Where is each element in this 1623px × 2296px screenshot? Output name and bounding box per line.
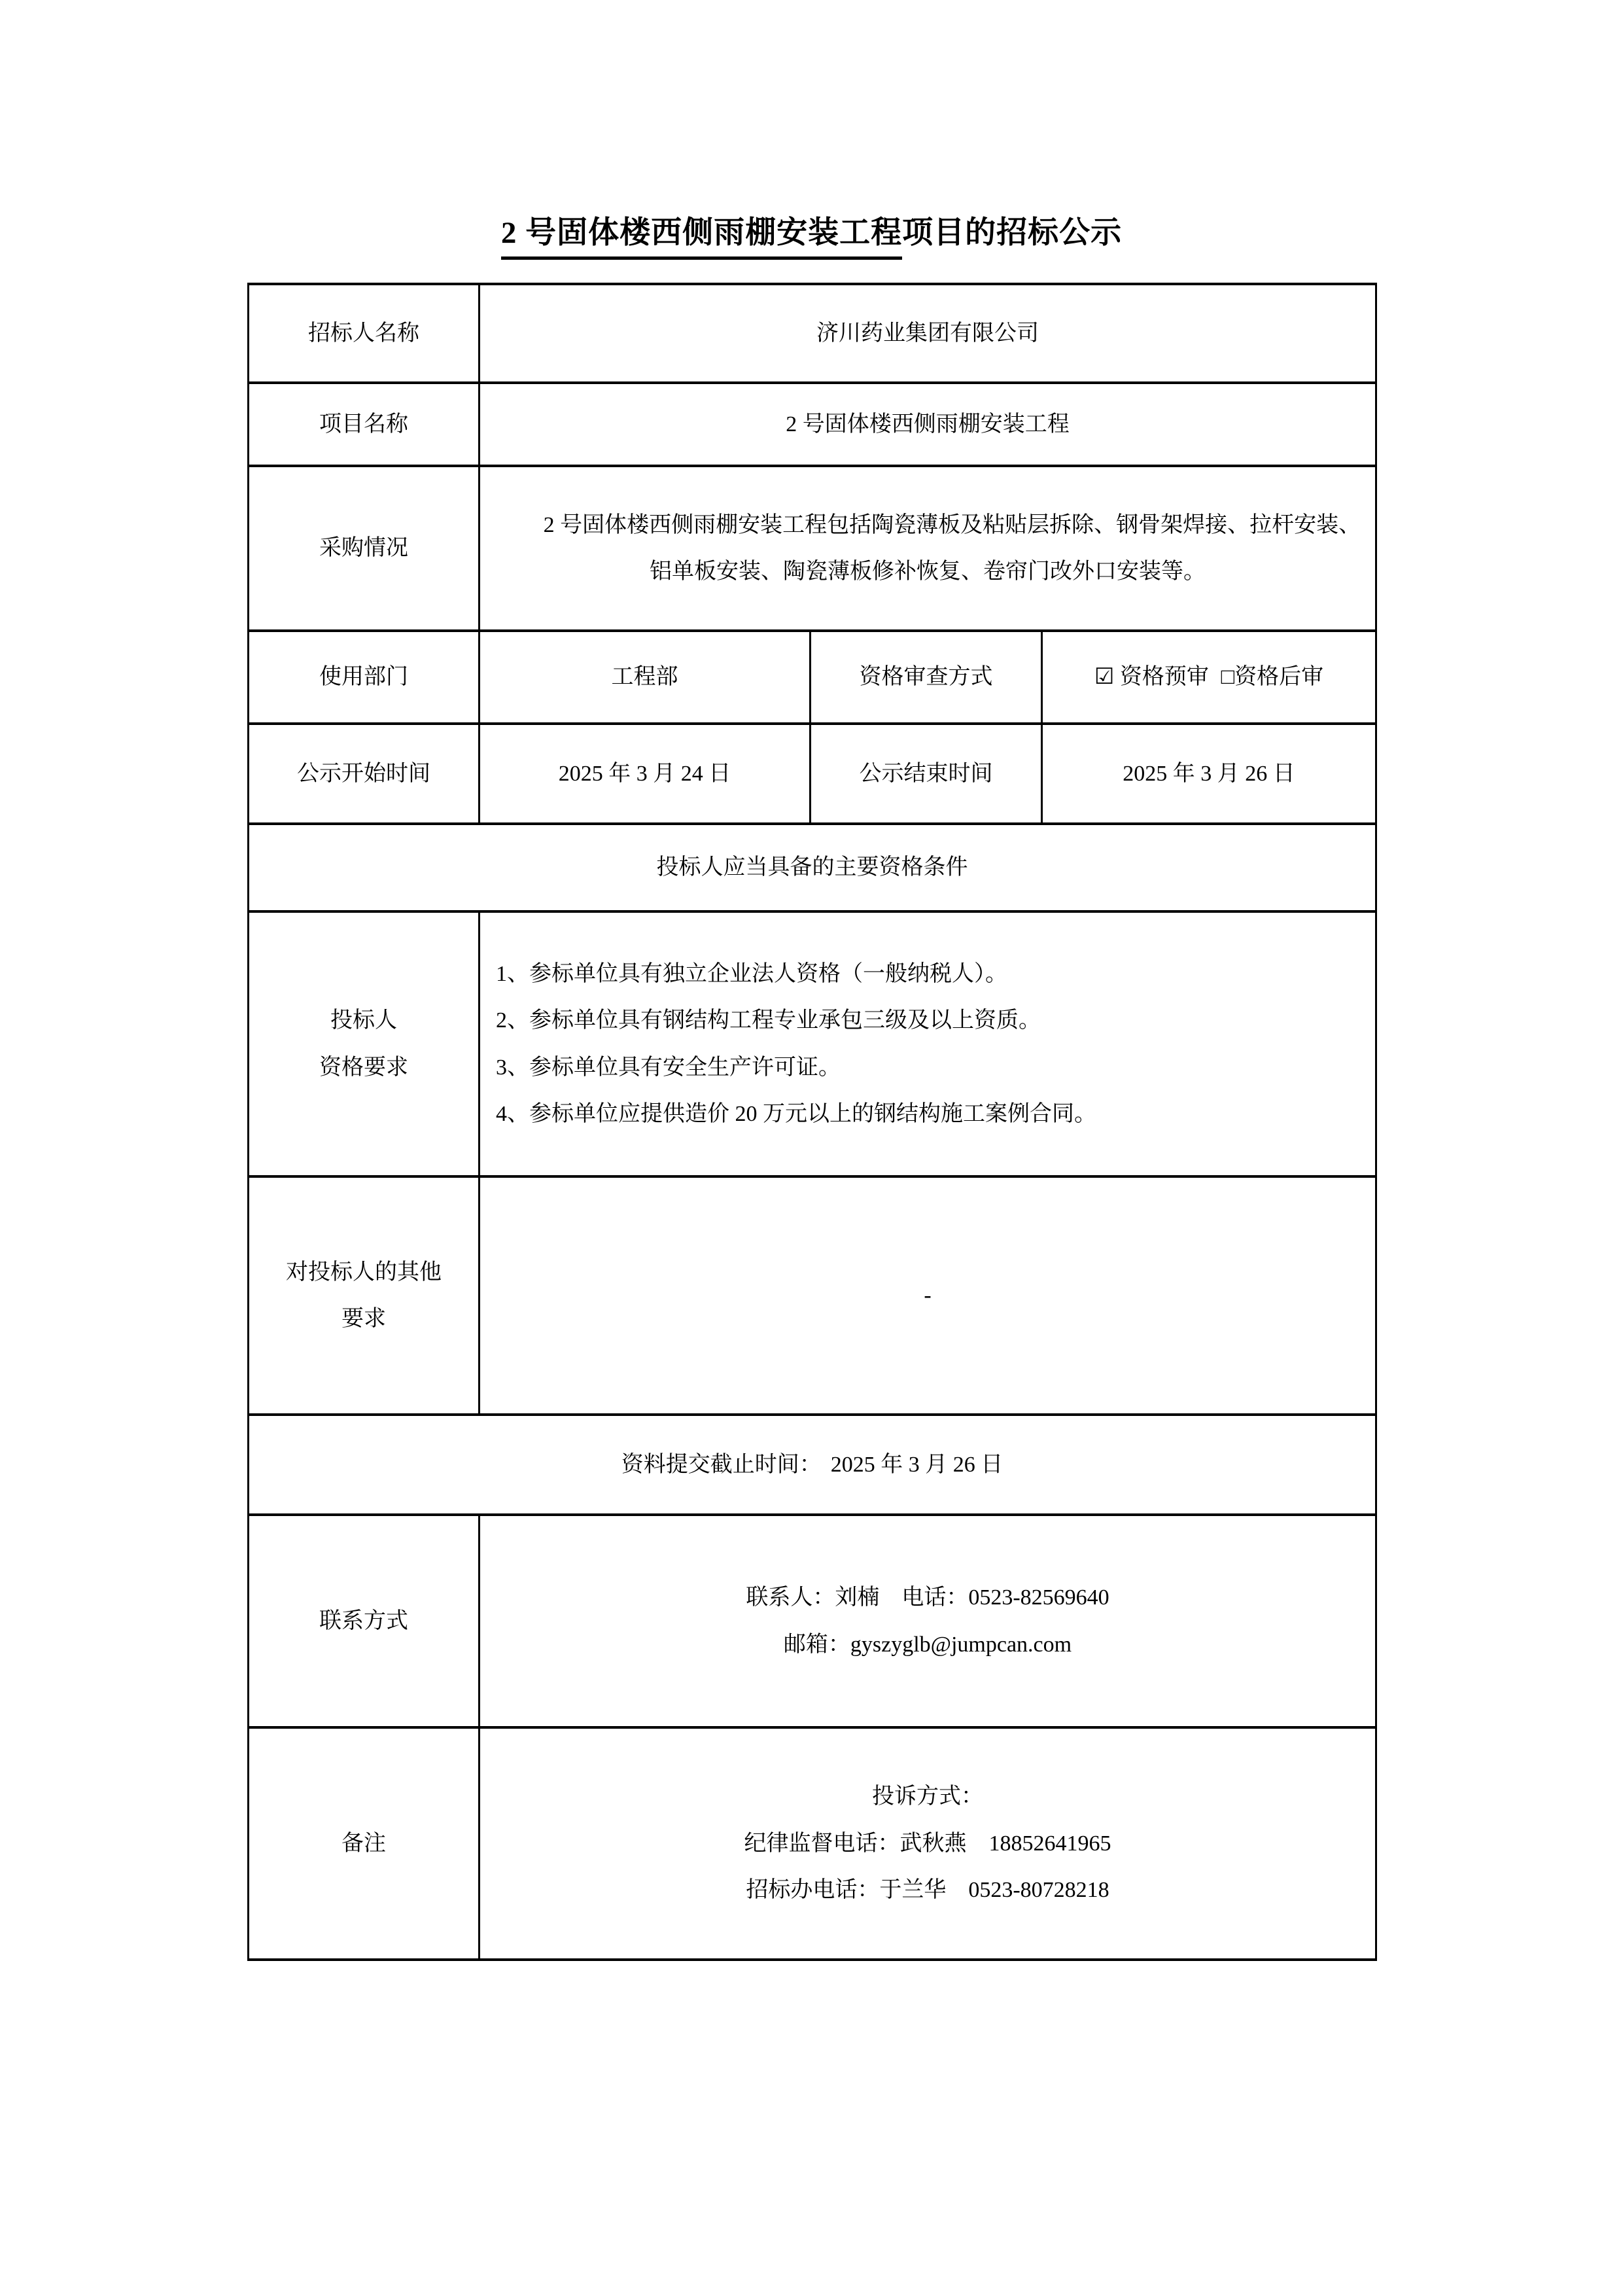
contact-label: 联系方式 (249, 1515, 480, 1727)
publicity-start-label: 公示开始时间 (249, 724, 480, 824)
row-qualification-requirements: 投标人 资格要求 1、参标单位具有独立企业法人资格（一般纳税人）。 2、参标单位… (249, 911, 1376, 1176)
department-value: 工程部 (480, 631, 811, 724)
qualification-item: 1、参标单位具有独立企业法人资格（一般纳税人）。 (492, 951, 1363, 997)
row-submission-deadline: 资料提交截止时间：2025 年 3 月 26 日 (249, 1415, 1376, 1515)
other-requirements-label-line2: 要求 (261, 1296, 466, 1342)
bidder-name-label: 招标人名称 (249, 284, 480, 383)
project-name-value: 2 号固体楼西侧雨棚安装工程 (480, 383, 1376, 466)
review-options: ☑ 资格预审□资格后审 (1094, 665, 1323, 689)
submission-deadline-cell: 资料提交截止时间：2025 年 3 月 26 日 (249, 1415, 1376, 1515)
row-department-review: 使用部门 工程部 资格审查方式 ☑ 资格预审□资格后审 (249, 631, 1376, 724)
project-name-label: 项目名称 (249, 383, 480, 466)
checked-checkbox-icon: ☑ (1094, 654, 1114, 700)
row-bidder-name: 招标人名称 济川药业集团有限公司 (249, 284, 1376, 383)
complaint-method-line: 投诉方式： (492, 1773, 1363, 1820)
remarks-value: 投诉方式： 纪律监督电话：武秋燕 18852641965 招标办电话：于兰华 0… (480, 1727, 1376, 1960)
contact-email: 邮箱：gyszyglb@jumpcan.com (492, 1621, 1363, 1668)
procurement-value: 2 号固体楼西侧雨棚安装工程包括陶瓷薄板及粘贴层拆除、钢骨架焊接、拉杆安装、铝单… (480, 466, 1376, 631)
unchecked-checkbox-icon: □ (1221, 654, 1235, 700)
publicity-end-value: 2025 年 3 月 26 日 (1042, 724, 1376, 824)
qualification-item: 3、参标单位具有安全生产许可证。 (492, 1044, 1363, 1091)
row-publicity-dates: 公示开始时间 2025 年 3 月 24 日 公示结束时间 2025 年 3 月… (249, 724, 1376, 824)
submission-deadline-label: 资料提交截止时间： (621, 1453, 822, 1477)
page-title-rest: 项目的招标公示 (902, 216, 1122, 250)
contact-value: 联系人：刘楠 电话：0523-82569640 邮箱：gyszyglb@jump… (480, 1515, 1376, 1727)
prequalification-option-label: 资格预审 (1120, 665, 1209, 689)
bidding-office-phone-line: 招标办电话：于兰华 0523-80728218 (492, 1867, 1363, 1913)
review-method-value: ☑ 资格预审□资格后审 (1042, 631, 1376, 724)
page-title-underlined-part: 2 号固体楼西侧雨棚安装工程 (501, 216, 902, 260)
row-project-name: 项目名称 2 号固体楼西侧雨棚安装工程 (249, 383, 1376, 466)
qualification-label-line1: 投标人 (261, 997, 466, 1044)
review-method-label: 资格审查方式 (811, 631, 1042, 724)
procurement-text: 2 号固体楼西侧雨棚安装工程包括陶瓷薄板及粘贴层拆除、钢骨架焊接、拉杆安装、铝单… (492, 502, 1363, 595)
department-label: 使用部门 (249, 631, 480, 724)
contact-person-phone: 联系人：刘楠 电话：0523-82569640 (492, 1574, 1363, 1621)
submission-deadline-value: 2025 年 3 月 26 日 (831, 1453, 1003, 1477)
publicity-start-value: 2025 年 3 月 24 日 (480, 724, 811, 824)
row-other-requirements: 对投标人的其他 要求 - (249, 1176, 1376, 1415)
other-requirements-label: 对投标人的其他 要求 (249, 1176, 480, 1415)
discipline-supervision-phone-line: 纪律监督电话：武秋燕 18852641965 (492, 1820, 1363, 1867)
procurement-label: 采购情况 (249, 466, 480, 631)
other-requirements-label-line1: 对投标人的其他 (261, 1249, 466, 1296)
publicity-end-label: 公示结束时间 (811, 724, 1042, 824)
row-remarks: 备注 投诉方式： 纪律监督电话：武秋燕 18852641965 招标办电话：于兰… (249, 1727, 1376, 1960)
document-page: 2 号固体楼西侧雨棚安装工程项目的招标公示 招标人名称 济川药业集团有限公司 项… (0, 0, 1623, 2296)
row-qualification-header: 投标人应当具备的主要资格条件 (249, 824, 1376, 911)
row-procurement: 采购情况 2 号固体楼西侧雨棚安装工程包括陶瓷薄板及粘贴层拆除、钢骨架焊接、拉杆… (249, 466, 1376, 631)
other-requirements-value: - (480, 1176, 1376, 1415)
row-contact: 联系方式 联系人：刘楠 电话：0523-82569640 邮箱：gyszyglb… (249, 1515, 1376, 1727)
qualification-header: 投标人应当具备的主要资格条件 (249, 824, 1376, 911)
qualification-label: 投标人 资格要求 (249, 911, 480, 1176)
bid-announcement-table: 招标人名称 济川药业集团有限公司 项目名称 2 号固体楼西侧雨棚安装工程 采购情… (247, 283, 1377, 1961)
page-title: 2 号固体楼西侧雨棚安装工程项目的招标公示 (0, 208, 1623, 252)
qualification-item: 4、参标单位应提供造价 20 万元以上的钢结构施工案例合同。 (492, 1091, 1363, 1137)
postqualification-option-label: 资格后审 (1234, 665, 1323, 689)
remarks-label: 备注 (249, 1727, 480, 1960)
bidder-name-value: 济川药业集团有限公司 (480, 284, 1376, 383)
qualification-item: 2、参标单位具有钢结构工程专业承包三级及以上资质。 (492, 997, 1363, 1044)
qualification-items: 1、参标单位具有独立企业法人资格（一般纳税人）。 2、参标单位具有钢结构工程专业… (480, 911, 1376, 1176)
qualification-label-line2: 资格要求 (261, 1044, 466, 1091)
